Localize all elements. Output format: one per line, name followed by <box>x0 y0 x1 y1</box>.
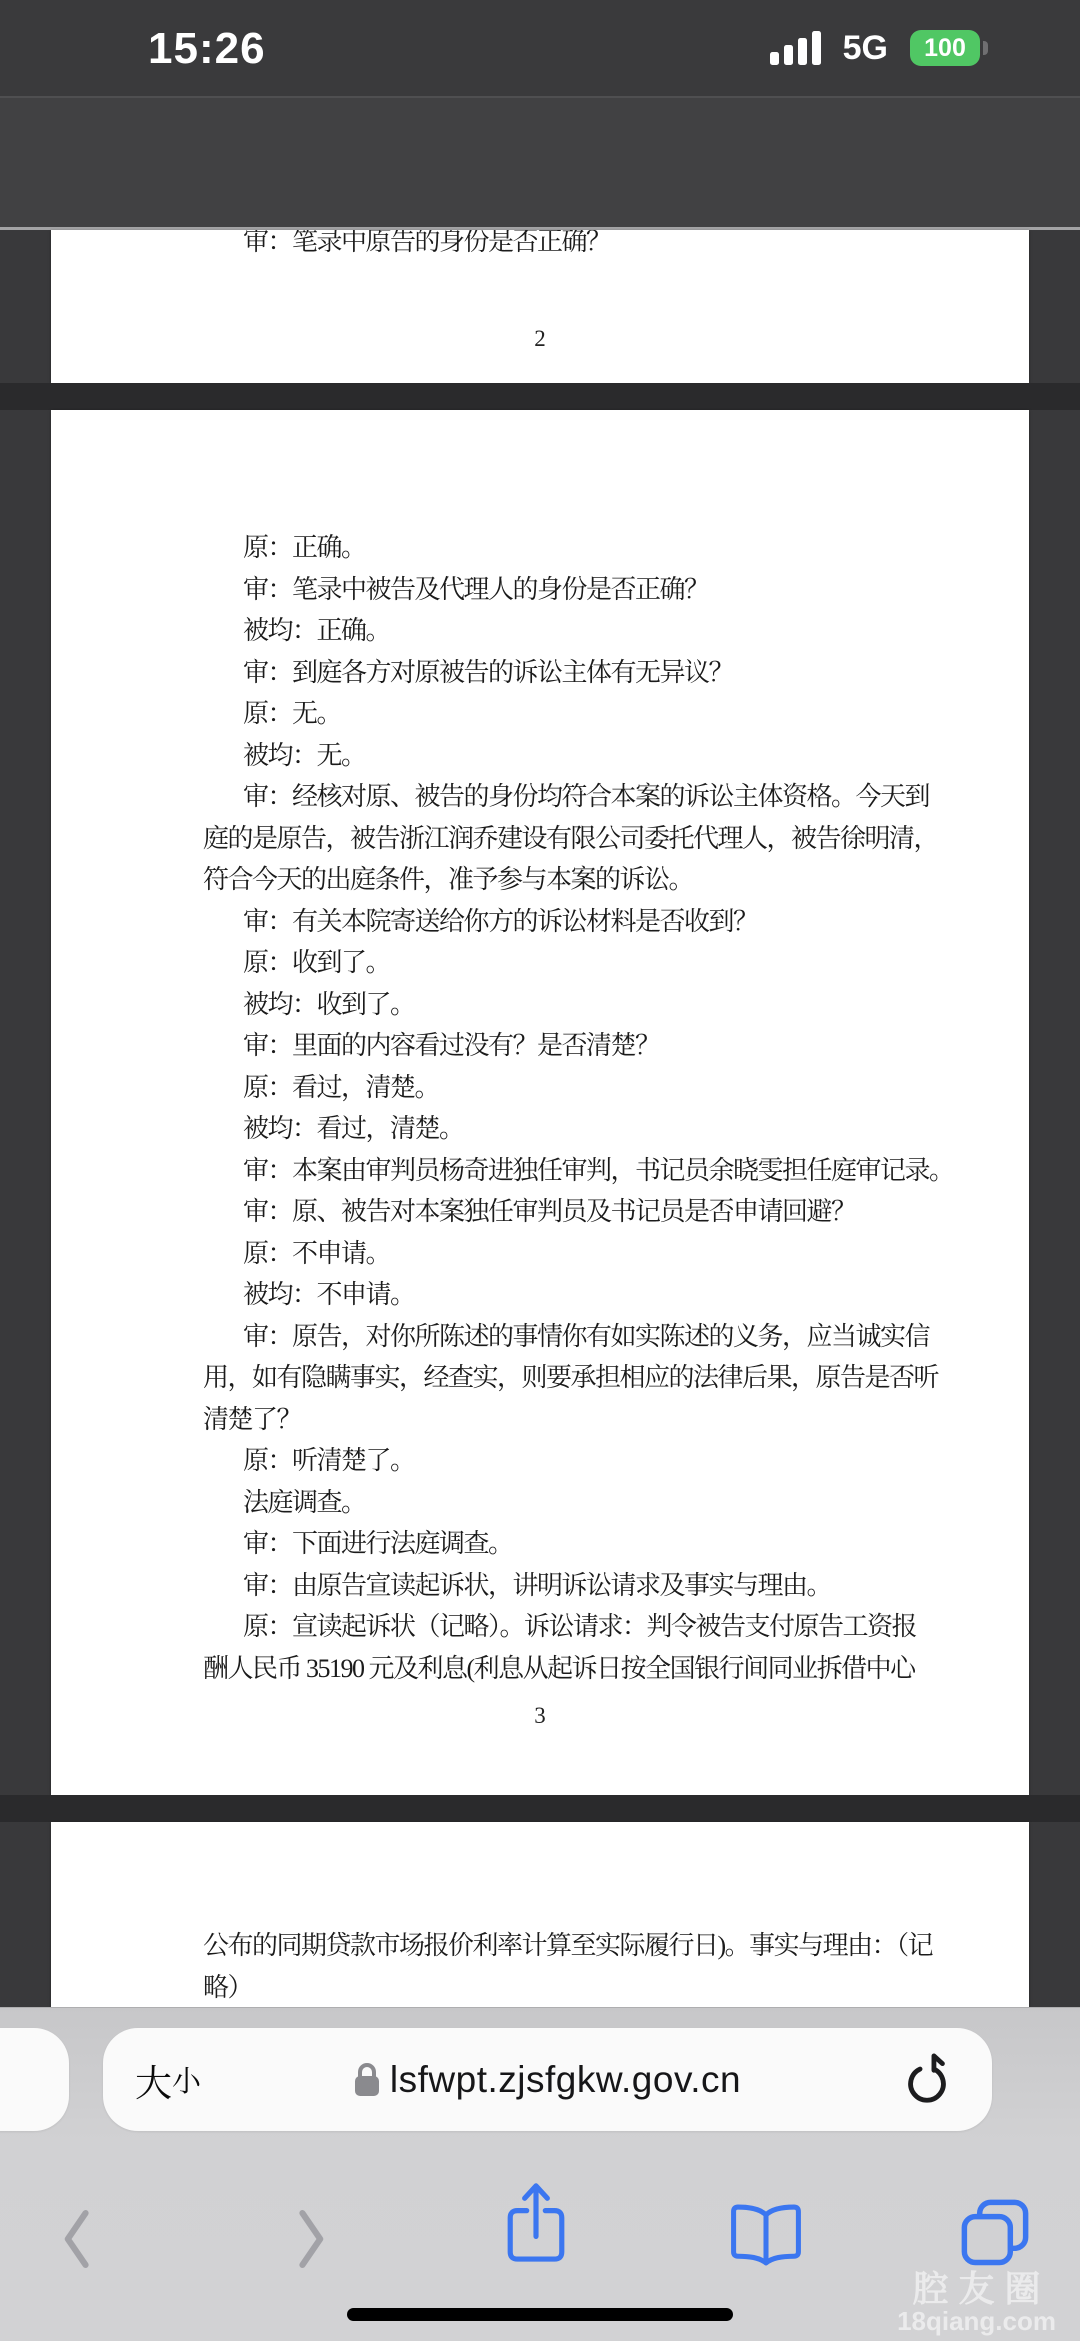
status-indicators: 5G 100 <box>770 0 980 96</box>
watermark-site: 18qiang.com <box>897 2308 1056 2335</box>
page-gap <box>0 1795 1080 1822</box>
document-text-line: 审：由原告宣读起诉状，讲明诉讼请求及事实与理由。 <box>203 1565 914 1607</box>
pdf-page-3: 原：正确。审：笔录中被告及代理人的身份是否正确？被均：正确。审：到庭各方对原被告… <box>51 410 1029 1795</box>
url-display: lsfwpt.zjsfgkw.gov.cn <box>103 2028 992 2131</box>
pdf-page-4: 公布的同期贷款市场报价利率计算至实际履行日)。事实与理由：（记略） <box>51 1822 1029 2007</box>
pdf-page-2: 审：笔录中原告的身份是否正确？ 2 <box>51 230 1029 383</box>
document-text-line: 公布的同期贷款市场报价利率计算至实际履行日)。事实与理由：（记 <box>203 1925 914 1967</box>
reload-icon <box>903 2053 951 2107</box>
document-text-line: 用，如有隐瞒事实，经查实，则要承担相应的法律后果，原告是否听 <box>203 1357 914 1399</box>
page-number: 2 <box>51 326 1029 352</box>
document-text-line: 审：有关本院寄送给你方的诉讼材料是否收到？ <box>203 901 914 943</box>
document-text-line: 原：听清楚了。 <box>203 1440 914 1482</box>
network-type-label: 5G <box>843 29 888 68</box>
page-gap <box>0 383 1080 410</box>
address-bar[interactable]: 大小 lsfwpt.zjsfgkw.gov.cn <box>103 2028 992 2131</box>
iphone-safari-screen: 15:26 5G 100 审：笔录中原告的身份是否正确？ 2 原：正确。审：笔录… <box>0 0 1080 2341</box>
document-text-line: 被均：无。 <box>203 735 914 777</box>
document-text-line: 审：里面的内容看过没有？是否清楚？ <box>203 1025 914 1067</box>
battery-level: 100 <box>924 34 966 63</box>
book-icon <box>728 2203 804 2267</box>
clock: 15:26 <box>148 24 266 74</box>
page-number: 3 <box>51 1703 1029 1729</box>
document-text-line: 符合今天的出庭条件，准予参与本案的诉讼。 <box>203 859 914 901</box>
url-domain: lsfwpt.zjsfgkw.gov.cn <box>390 2059 741 2101</box>
tabs-icon <box>960 2197 1030 2269</box>
document-text-line: 原：正确。 <box>203 527 914 569</box>
document-text-line: 略） <box>203 1967 914 2008</box>
document-text-line: 原：无。 <box>203 693 914 735</box>
document-text-line: 被均：正确。 <box>203 610 914 652</box>
document-text-line: 被均：收到了。 <box>203 984 914 1026</box>
document-text-line: 审：下面进行法庭调查。 <box>203 1523 914 1565</box>
document-text-line: 审：到庭各方对原被告的诉讼主体有无异议？ <box>203 652 914 694</box>
safari-bottom-chrome: 大小 lsfwpt.zjsfgkw.gov.cn <box>0 2007 1080 2341</box>
document-text-line: 审：笔录中原告的身份是否正确？ <box>203 230 914 263</box>
document-text-line: 原：不申请。 <box>203 1233 914 1275</box>
chevron-left-icon <box>59 2209 93 2269</box>
document-text-line: 审：本案由审判员杨奇进独任审判，书记员余晓雯担任庭审记录。 <box>203 1150 914 1192</box>
reload-button[interactable] <box>892 2028 962 2131</box>
battery-icon: 100 <box>910 30 980 66</box>
collapsed-address-bar[interactable] <box>0 96 1080 230</box>
document-text-line: 被均：不申请。 <box>203 1274 914 1316</box>
status-bar: 15:26 5G 100 <box>0 0 1080 96</box>
document-text-line: 审：经核对原、被告的身份均符合本案的诉讼主体资格。今天到 <box>203 776 914 818</box>
lock-icon <box>354 2063 380 2097</box>
document-text-line: 法庭调查。 <box>203 1482 914 1524</box>
chevron-right-icon <box>295 2209 329 2269</box>
bookmarks-button[interactable] <box>728 2199 804 2271</box>
document-text-line: 审：笔录中被告及代理人的身份是否正确？ <box>203 569 914 611</box>
document-text-line: 审：原告，对你所陈述的事情你有如实陈述的义务，应当诚实信 <box>203 1316 914 1358</box>
cellular-signal-icon <box>770 31 821 65</box>
document-text-line: 原：收到了。 <box>203 942 914 984</box>
back-button[interactable] <box>44 2199 108 2279</box>
watermark: 腔友圈 18qiang.com <box>897 2270 1056 2335</box>
document-text-line: 庭的是原告，被告浙江润乔建设有限公司委托代理人，被告徐明清， <box>203 818 914 860</box>
document-text-line: 原：看过，清楚。 <box>203 1067 914 1109</box>
share-button[interactable] <box>500 2175 572 2271</box>
document-text-line: 被均：看过，清楚。 <box>203 1108 914 1150</box>
watermark-title: 腔友圈 <box>897 2270 1066 2308</box>
document-text-line: 清楚了？ <box>203 1399 914 1441</box>
web-content-scroll-area[interactable]: 审：笔录中原告的身份是否正确？ 2 原：正确。审：笔录中被告及代理人的身份是否正… <box>0 230 1080 2007</box>
home-indicator[interactable] <box>347 2308 733 2321</box>
document-text-line: 酬人民币 35190 元及利息(利息从起诉日按全国银行间同业拆借中心 <box>203 1648 914 1690</box>
share-icon <box>503 2178 569 2268</box>
document-text-line: 原：宣读起诉状（记略）。诉讼请求：判令被告支付原告工资报 <box>203 1606 914 1648</box>
tabs-button[interactable] <box>958 2195 1032 2271</box>
adjacent-tab-pill[interactable] <box>0 2028 69 2131</box>
document-text-line: 审：原、被告对本案独任审判员及书记员是否申请回避？ <box>203 1191 914 1233</box>
forward-button[interactable] <box>280 2199 344 2279</box>
